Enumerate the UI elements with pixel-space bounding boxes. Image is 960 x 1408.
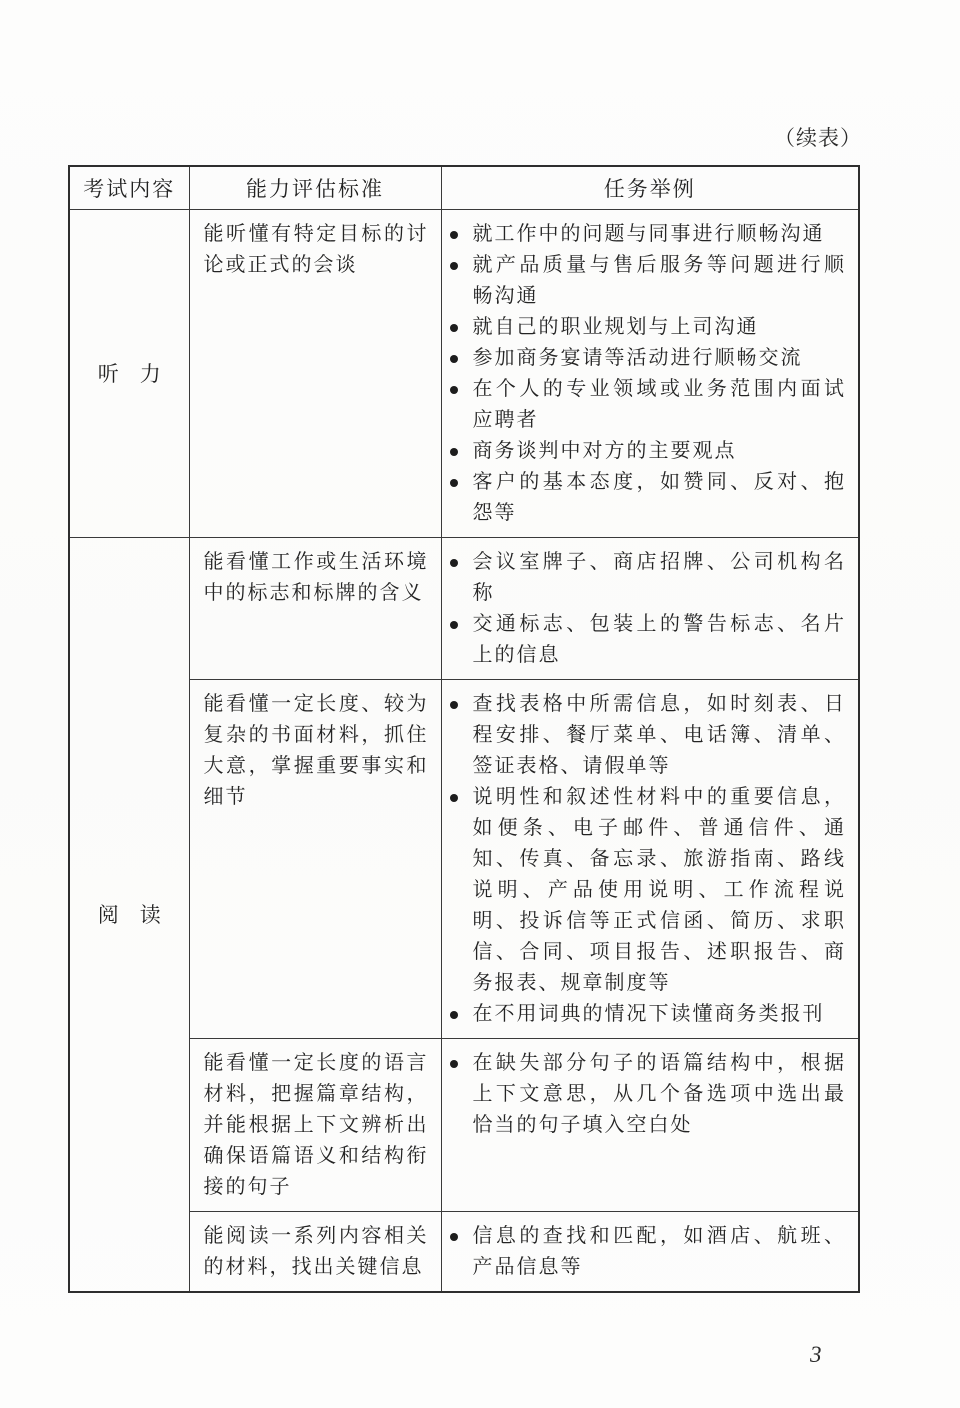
task-list: 会议室牌子、商店招牌、公司机构名称 交通标志、包装上的警告标志、名片上的信息 <box>442 547 847 671</box>
task-item: 参加商务宴请等活动进行顺畅交流 <box>442 343 847 374</box>
task-text: 就工作中的问题与同事进行顺畅沟通 <box>473 219 847 250</box>
header-cell-exam-content: 考试内容 <box>69 166 189 209</box>
bullet-icon <box>450 794 458 802</box>
tasks-cell: 查找表格中所需信息，如时刻表、日程安排、餐厅菜单、电话簿、清单、签证表格、请假单… <box>441 679 859 1038</box>
bullet-icon <box>450 1233 458 1241</box>
bullet-icon <box>450 621 458 629</box>
table-row: 阅 读 能看懂工作或生活环境中的标志和标牌的含义 会议室牌子、商店招牌、公司机构… <box>69 537 859 679</box>
task-item: 信息的查找和匹配，如酒店、航班、产品信息等 <box>442 1221 847 1283</box>
task-text: 信息的查找和匹配，如酒店、航班、产品信息等 <box>473 1221 847 1283</box>
bullet-icon <box>450 324 458 332</box>
task-item: 查找表格中所需信息，如时刻表、日程安排、餐厅菜单、电话簿、清单、签证表格、请假单… <box>442 689 847 782</box>
tasks-cell: 就工作中的问题与同事进行顺畅沟通 就产品质量与售后服务等问题进行顺畅沟通 就自己… <box>441 209 859 537</box>
task-text: 就自己的职业规划与上司沟通 <box>473 312 847 343</box>
task-item: 说明性和叙述性材料中的重要信息，如便条、电子邮件、普通信件、通知、传真、备忘录、… <box>442 782 847 999</box>
bullet-icon <box>450 701 458 709</box>
criteria-cell: 能看懂一定长度的语言材料，把握篇章结构，并能根据上下文辨析出确保语篇语义和结构衔… <box>189 1038 441 1211</box>
task-text: 就产品质量与售后服务等问题进行顺畅沟通 <box>473 250 847 312</box>
task-item: 就工作中的问题与同事进行顺畅沟通 <box>442 219 847 250</box>
bullet-icon <box>450 355 458 363</box>
task-list: 信息的查找和匹配，如酒店、航班、产品信息等 <box>442 1221 847 1283</box>
task-item: 交通标志、包装上的警告标志、名片上的信息 <box>442 609 847 671</box>
continuation-note: （续表） <box>774 122 862 152</box>
task-text: 在个人的专业领域或业务范围内面试应聘者 <box>473 374 847 436</box>
bullet-icon <box>450 479 458 487</box>
skill-cell-listening: 听 力 <box>69 209 189 537</box>
task-item: 商务谈判中对方的主要观点 <box>442 436 847 467</box>
bullet-icon <box>450 1011 458 1019</box>
skills-assessment-table: 考试内容 能力评估标准 任务举例 听 力 能听懂有特定目标的讨论或正式的会谈 就… <box>68 165 860 1293</box>
skill-cell-reading: 阅 读 <box>69 537 189 1292</box>
task-list: 查找表格中所需信息，如时刻表、日程安排、餐厅菜单、电话簿、清单、签证表格、请假单… <box>442 689 847 1030</box>
task-list: 就工作中的问题与同事进行顺畅沟通 就产品质量与售后服务等问题进行顺畅沟通 就自己… <box>442 219 847 529</box>
task-item: 在个人的专业领域或业务范围内面试应聘者 <box>442 374 847 436</box>
tasks-cell: 在缺失部分句子的语篇结构中，根据上下文意思，从几个备选项中选出最恰当的句子填入空… <box>441 1038 859 1211</box>
task-text: 客户的基本态度，如赞同、反对、抱怨等 <box>473 467 847 529</box>
tasks-cell: 会议室牌子、商店招牌、公司机构名称 交通标志、包装上的警告标志、名片上的信息 <box>441 537 859 679</box>
bullet-icon <box>450 448 458 456</box>
task-text: 查找表格中所需信息，如时刻表、日程安排、餐厅菜单、电话簿、清单、签证表格、请假单… <box>473 689 847 782</box>
task-text: 会议室牌子、商店招牌、公司机构名称 <box>473 547 847 609</box>
task-item: 会议室牌子、商店招牌、公司机构名称 <box>442 547 847 609</box>
task-text: 交通标志、包装上的警告标志、名片上的信息 <box>473 609 847 671</box>
bullet-icon <box>450 231 458 239</box>
task-item: 在不用词典的情况下读懂商务类报刊 <box>442 999 847 1030</box>
bullet-icon <box>450 262 458 270</box>
table-header-row: 考试内容 能力评估标准 任务举例 <box>69 166 859 209</box>
task-item: 就自己的职业规划与上司沟通 <box>442 312 847 343</box>
task-item: 在缺失部分句子的语篇结构中，根据上下文意思，从几个备选项中选出最恰当的句子填入空… <box>442 1048 847 1141</box>
task-item: 就产品质量与售后服务等问题进行顺畅沟通 <box>442 250 847 312</box>
header-cell-task-examples: 任务举例 <box>441 166 859 209</box>
bullet-icon <box>450 1060 458 1068</box>
header-cell-criteria: 能力评估标准 <box>189 166 441 209</box>
bullet-icon <box>450 386 458 394</box>
task-text: 商务谈判中对方的主要观点 <box>473 436 847 467</box>
tasks-cell: 信息的查找和匹配，如酒店、航班、产品信息等 <box>441 1211 859 1292</box>
document-page: （续表） 考试内容 能力评估标准 任务举例 听 力 能听懂有特定目标的讨论或正式… <box>0 0 960 1408</box>
criteria-cell: 能阅读一系列内容相关的材料，找出关键信息 <box>189 1211 441 1292</box>
task-text: 参加商务宴请等活动进行顺畅交流 <box>473 343 847 374</box>
table-row: 听 力 能听懂有特定目标的讨论或正式的会谈 就工作中的问题与同事进行顺畅沟通 就… <box>69 209 859 537</box>
criteria-cell: 能听懂有特定目标的讨论或正式的会谈 <box>189 209 441 537</box>
task-text: 说明性和叙述性材料中的重要信息，如便条、电子邮件、普通信件、通知、传真、备忘录、… <box>473 782 847 999</box>
task-text: 在不用词典的情况下读懂商务类报刊 <box>473 999 847 1030</box>
criteria-cell: 能看懂一定长度、较为复杂的书面材料，抓住大意，掌握重要事实和细节 <box>189 679 441 1038</box>
task-list: 在缺失部分句子的语篇结构中，根据上下文意思，从几个备选项中选出最恰当的句子填入空… <box>442 1048 847 1141</box>
criteria-cell: 能看懂工作或生活环境中的标志和标牌的含义 <box>189 537 441 679</box>
bullet-icon <box>450 559 458 567</box>
task-text: 在缺失部分句子的语篇结构中，根据上下文意思，从几个备选项中选出最恰当的句子填入空… <box>473 1048 847 1141</box>
task-item: 客户的基本态度，如赞同、反对、抱怨等 <box>442 467 847 529</box>
page-number: 3 <box>810 1342 822 1368</box>
